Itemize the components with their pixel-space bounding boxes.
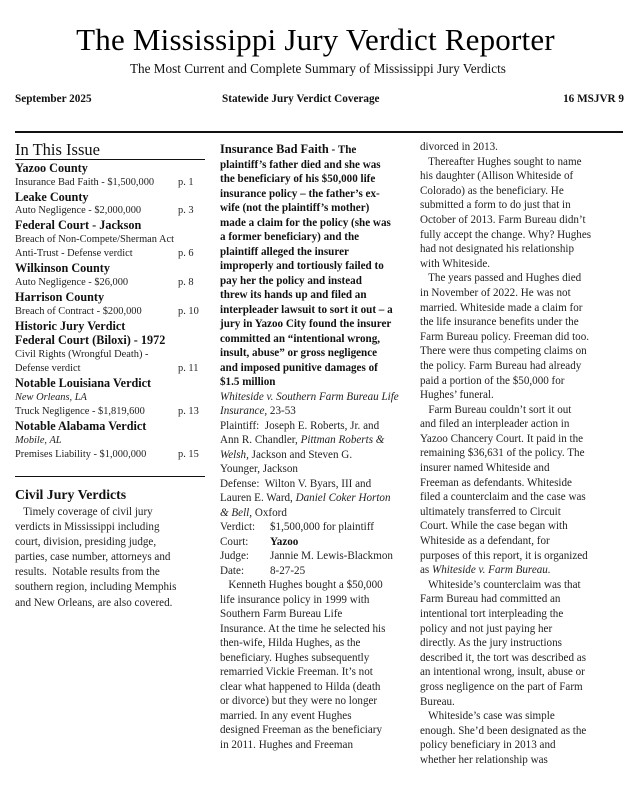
defense-text: Wilton V. Byars, III and	[259, 478, 371, 490]
toc-location: Mobile, AL	[15, 434, 205, 448]
lead-line: $1.5 million	[220, 375, 410, 390]
toc-page: p. 13	[178, 405, 199, 419]
in-this-issue: In This Issue Yazoo County Insurance Bad…	[15, 140, 205, 477]
lead-line: the beneficiary of his $50,000 life	[220, 172, 410, 187]
detail-value: $1,500,000 for plaintiff	[270, 521, 374, 533]
detail-value: Jannie M. Lewis-Blackmon	[270, 550, 393, 562]
body-line: Yazoo Chancery Court. It paid in the	[420, 432, 625, 447]
body-line: policy beneficiary in 2013 and	[420, 738, 625, 753]
body-line: Whiteside’s counterclaim was that	[420, 578, 625, 593]
lead-text: - The	[329, 144, 357, 156]
body-line: results. Notable results from the	[15, 565, 211, 580]
toc-heading: Wilkinson County	[15, 261, 205, 276]
body-line: insurer named Whiteside and	[420, 461, 625, 476]
body-line: with Whiteside.	[420, 257, 625, 272]
toc-heading: Harrison County	[15, 290, 205, 305]
toc-entry[interactable]: Truck Negligence - $1,819,600 p. 13	[15, 405, 205, 419]
body-line: the life insurance benefits under the	[420, 315, 625, 330]
body-line: an intentional wrong, insult, abuse or	[420, 665, 625, 680]
body-line: Thereafter Hughes sought to name	[420, 155, 625, 170]
body-line: purposes of this report, it is organized	[420, 549, 625, 564]
body-line: as Whiteside v. Farm Bureau.	[420, 563, 625, 578]
body-line: clear what happened to Hilda (death	[220, 680, 410, 695]
body-line: policy and not just paying her	[420, 622, 625, 637]
publication-title: The Mississippi Jury Verdict Reporter	[0, 22, 631, 58]
toc-entry[interactable]: Breach of Contract - $200,000 p. 10	[15, 305, 205, 319]
body-line: Kenneth Hughes bought a $50,000	[220, 578, 410, 593]
plaintiff-attorneys: Plaintiff: Joseph E. Roberts, Jr. and	[220, 419, 410, 434]
toc-page: p. 6	[178, 247, 194, 261]
toc-entry-text: Civil Rights (Wrongful Death) -	[15, 349, 149, 360]
issue-date: September 2025	[15, 93, 92, 105]
toc-entry-text: Truck Negligence - $1,819,600	[15, 406, 145, 417]
body-line: Timely coverage of civil jury	[15, 505, 211, 520]
body-line: remarried Vickie Freeman. It’s not	[220, 665, 410, 680]
body-line: Freeman as defendants. Whiteside	[420, 476, 625, 491]
coverage-label: Statewide Jury Verdict Coverage	[222, 93, 380, 105]
issue-citation: 16 MSJVR 9	[563, 93, 624, 105]
toc-page: p. 8	[178, 276, 194, 290]
body-line: parties, case number, attorneys and	[15, 550, 211, 565]
toc-entry-text: Auto Negligence - $2,000,000	[15, 205, 141, 216]
plaintiff-text: Ann R. Chandler,	[220, 434, 301, 446]
toc-page: p. 11	[178, 362, 198, 376]
body-line: Farm Bureau couldn’t sort it out	[420, 403, 625, 418]
body-line: filed a counterclaim and the case was	[420, 490, 625, 505]
body-line: Court. While the case began with	[420, 519, 625, 534]
defense-firm: Daniel Coker Horton	[296, 492, 391, 504]
body-line: gross negligence on the part of Farm	[420, 680, 625, 695]
body-line: Whiteside’s case was simple	[420, 709, 625, 724]
body-line: had not designated his relationship	[420, 242, 625, 257]
body-line: and filed an interpleader action in	[420, 417, 625, 432]
detail-label: Court:	[220, 535, 270, 550]
toc-entry-text: Auto Negligence - $26,000	[15, 277, 128, 288]
plaintiff-label: Plaintiff:	[220, 420, 259, 432]
body-line: Southern Farm Bureau Life	[220, 607, 410, 622]
header-divider	[15, 131, 623, 133]
publication-subtitle: The Most Current and Complete Summary of…	[130, 61, 506, 77]
defense-attorneys-cont: Lauren E. Ward, Daniel Coker Horton	[220, 491, 410, 506]
toc-page: p. 1	[178, 176, 194, 190]
toc-entry-text: Premises Liability - $1,000,000	[15, 449, 146, 460]
body-line: Farm Bureau had committed an	[420, 592, 625, 607]
body-line: The years passed and Hughes died	[420, 271, 625, 286]
lead-line: made a claim for the policy (she was	[220, 216, 410, 231]
lead-line: pay her the policy and instead	[220, 274, 410, 289]
detail-label: Judge:	[220, 549, 270, 564]
civil-jury-verdicts-body: Timely coverage of civil jury verdicts i…	[15, 505, 211, 611]
plaintiff-attorneys-cont: Welsh, Jackson and Steven G.	[220, 448, 410, 463]
toc-heading: Yazoo County	[15, 161, 205, 176]
article-lead-first-line: Insurance Bad Faith - The	[220, 142, 410, 158]
toc-page: p. 15	[178, 448, 199, 462]
toc-entry-text: Anti-Trust - Defense verdict	[15, 248, 133, 259]
article-title: Insurance Bad Faith	[220, 142, 329, 156]
lead-line: wife (not the plaintiff’s mother)	[220, 201, 410, 216]
toc-entry[interactable]: Defense verdict p. 11	[15, 362, 205, 376]
body-text: as	[420, 564, 432, 576]
body-line: Bureau.	[420, 695, 625, 710]
body-line: described it, the tort was described as	[420, 651, 625, 666]
defense-text: Oxford	[252, 507, 287, 519]
lead-line: a former beneficiary) and the	[220, 230, 410, 245]
defense-attorneys: Defense: Wilton V. Byars, III and	[220, 477, 410, 492]
body-line: in 2011. Hughes and Freeman	[220, 738, 410, 753]
lead-line: and imposed punitive damages of	[220, 361, 410, 376]
body-line: whether her relationship was	[420, 753, 625, 768]
case-number: 23-53	[267, 405, 296, 417]
plaintiff-text: Joseph E. Roberts, Jr. and	[259, 420, 379, 432]
toc-page: p. 10	[178, 305, 199, 319]
case-name: Whiteside v. Southern Farm Bureau Life	[220, 390, 410, 405]
lead-line: threw its hands up and filed an	[220, 288, 410, 303]
body-line: There were thus competing claims on	[420, 344, 625, 359]
toc-heading: Federal Court (Biloxi) - 1972	[15, 333, 205, 348]
body-line: in November of 2022. He was not	[420, 286, 625, 301]
lead-line: plaintiff’s father died and she was	[220, 158, 410, 173]
body-line: or divorce) but they were no longer	[220, 694, 410, 709]
body-line: Insurance. At the time he selected his	[220, 622, 410, 637]
detail-value: 8-27-25	[270, 565, 305, 577]
body-line: Colorado) as the beneficiary. He	[420, 184, 625, 199]
in-this-issue-title: In This Issue	[15, 140, 205, 160]
toc-entry[interactable]: Auto Negligence - $2,000,000 p. 3	[15, 204, 205, 218]
article-column-1: Insurance Bad Faith - The plaintiff’s fa…	[220, 142, 410, 752]
article-column-2: divorced in 2013. Thereafter Hughes soug…	[420, 140, 625, 768]
body-line: designed Freeman as the beneficiary	[220, 723, 410, 738]
lead-line: jury in Yazoo City found the insurer	[220, 317, 410, 332]
body-line: southern region, including Memphis	[15, 580, 211, 595]
toc-divider	[15, 476, 205, 478]
court-row: Court:Yazoo	[220, 535, 410, 550]
plaintiff-attorneys-cont: Younger, Jackson	[220, 462, 410, 477]
lead-line: improperly and tortiously failed to	[220, 259, 410, 274]
body-line: Hughes’ funeral.	[420, 388, 625, 403]
toc-heading: Federal Court - Jackson	[15, 218, 205, 233]
civil-jury-verdicts-title: Civil Jury Verdicts	[15, 487, 126, 503]
defense-attorneys-cont: & Bell, Oxford	[220, 506, 410, 521]
toc-entry[interactable]: Auto Negligence - $26,000 p. 8	[15, 276, 205, 290]
issue-header: September 2025 Statewide Jury Verdict Co…	[15, 93, 624, 109]
body-line: beneficiary. Hughes subsequently	[220, 651, 410, 666]
body-line: intentional tort interpleading the	[420, 607, 625, 622]
case-name-part: Insurance,	[220, 405, 267, 417]
detail-label: Verdict:	[220, 520, 270, 535]
toc-location: New Orleans, LA	[15, 391, 205, 405]
toc-entry-text: Defense verdict	[15, 363, 80, 374]
detail-label: Date:	[220, 564, 270, 579]
body-line: fully accept the change. Why? Hughes	[420, 228, 625, 243]
toc-entry[interactable]: Anti-Trust - Defense verdict p. 6	[15, 247, 205, 261]
body-line: ultimately transferred to Circuit	[420, 505, 625, 520]
body-line: directly. As the jury instructions	[420, 636, 625, 651]
toc-entry-text: Breach of Non-Compete/Sherman Act	[15, 234, 174, 245]
plaintiff-text: Jackson and Steven G.	[249, 449, 352, 461]
body-line: life insurance policy in 1999 with	[220, 593, 410, 608]
case-reference: Whiteside v. Farm Bureau.	[432, 564, 551, 576]
toc-entry[interactable]: Civil Rights (Wrongful Death) -	[15, 348, 205, 362]
date-row: Date:8-27-25	[220, 564, 410, 579]
toc-entry[interactable]: Premises Liability - $1,000,000 p. 15	[15, 448, 205, 462]
body-line: then-wife, Hilda Hughes, as the	[220, 636, 410, 651]
toc-heading: Notable Louisiana Verdict	[15, 376, 205, 391]
toc-entry[interactable]: Breach of Non-Compete/Sherman Act	[15, 233, 205, 247]
body-line: court, division, presiding judge,	[15, 535, 211, 550]
detail-value: Yazoo	[270, 536, 298, 548]
body-line: Farm Bureau policy. Freeman did too.	[420, 330, 625, 345]
judge-row: Judge:Jannie M. Lewis-Blackmon	[220, 549, 410, 564]
plaintiff-firm: Pittman Roberts &	[301, 434, 385, 446]
lead-line: committed an “intentional wrong,	[220, 332, 410, 347]
body-line: the policy. Farm Bureau had already	[420, 359, 625, 374]
defense-text: Lauren E. Ward,	[220, 492, 296, 504]
defense-firm: & Bell,	[220, 507, 252, 519]
toc-entry-text: Insurance Bad Faith - $1,500,000	[15, 177, 154, 188]
lead-line: interpleader lawsuit to sort it out – a	[220, 303, 410, 318]
toc-entry-text: Breach of Contract - $200,000	[15, 306, 142, 317]
verdict-row: Verdict:$1,500,000 for plaintiff	[220, 520, 410, 535]
body-line: submitted a form to do just that in	[420, 198, 625, 213]
body-line: October of 2013. Farm Bureau didn’t	[420, 213, 625, 228]
plaintiff-attorneys-cont: Ann R. Chandler, Pittman Roberts &	[220, 433, 410, 448]
body-line: his daughter (Allison Whiteside of	[420, 169, 625, 184]
toc-heading: Notable Alabama Verdict	[15, 419, 205, 434]
body-line: divorced in 2013.	[420, 140, 625, 155]
body-line: remaining $36,631 of the policy. The	[420, 446, 625, 461]
body-line: verdicts in Mississippi including	[15, 520, 211, 535]
plaintiff-firm: Welsh,	[220, 449, 249, 461]
case-name-cont: Insurance, 23-53	[220, 404, 410, 419]
toc-page: p. 3	[178, 204, 194, 218]
body-line: married. Whiteside made a claim for	[420, 301, 625, 316]
toc-heading: Historic Jury Verdict	[15, 319, 205, 334]
toc-entry[interactable]: Insurance Bad Faith - $1,500,000 p. 1	[15, 176, 205, 190]
body-line: Whiteside as a defendant, for	[420, 534, 625, 549]
body-line: enough. She’d been designated as the	[420, 724, 625, 739]
body-line: and New Orleans, are also covered.	[15, 596, 211, 611]
lead-line: insult, abuse” or gross negligence	[220, 346, 410, 361]
body-line: married. In any event Hughes	[220, 709, 410, 724]
lead-line: plaintiff alleged the insurer	[220, 245, 410, 260]
toc-heading: Leake County	[15, 190, 205, 205]
defense-label: Defense:	[220, 478, 259, 490]
body-line: paid a portion of the $50,000 for	[420, 374, 625, 389]
lead-line: insurance policy – the father’s ex-	[220, 187, 410, 202]
